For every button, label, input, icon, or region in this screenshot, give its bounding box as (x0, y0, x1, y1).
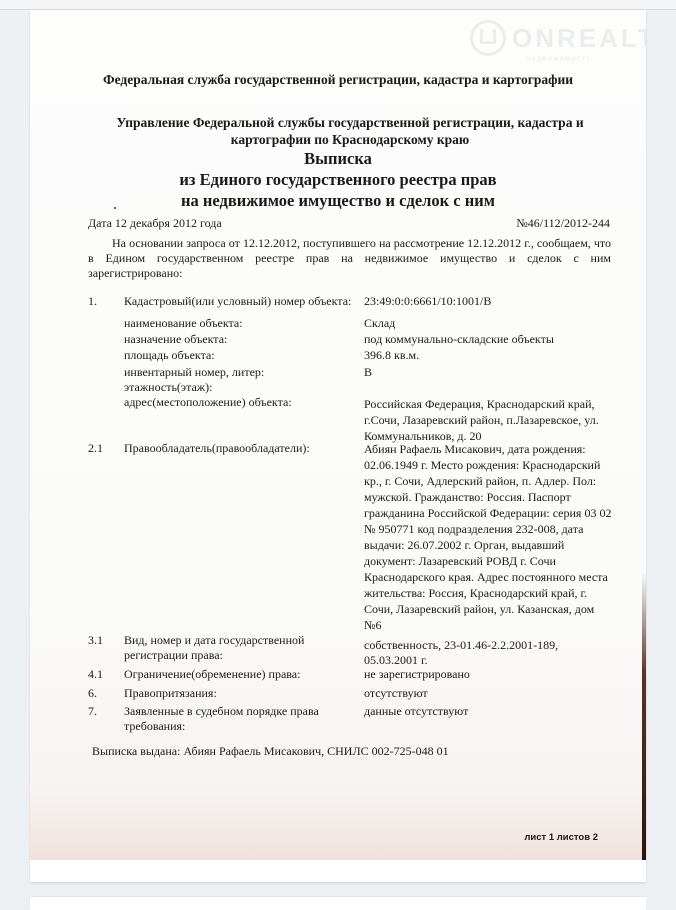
item-number: 3.1 (88, 633, 103, 648)
title-line-2: из Единого государственного реестра прав (30, 169, 646, 190)
item-label: площадь объекта: (124, 348, 364, 363)
item-label: инвентарный номер, литер: (124, 365, 364, 380)
department-heading: Управление Федеральной службы государств… (90, 114, 610, 148)
next-post-card (30, 897, 646, 910)
issued-to: Выписка выдана: Абиян Рафаель Мисакович,… (92, 744, 449, 759)
item-value: 23:49:0:0:6661/10:1001/В (364, 294, 604, 309)
item-value: 396.8 кв.м. (364, 348, 604, 363)
registration-number: №46/112/2012-244 (516, 216, 610, 231)
item-label: назначение объекта: (124, 332, 364, 347)
title-line-1: Выписка (30, 148, 646, 169)
ink-dot (114, 207, 116, 209)
item-label: наименование объекта: (124, 316, 364, 331)
item-number: 6. (88, 686, 97, 701)
item-label: Правопритязания: (124, 686, 364, 701)
extract-document: Федеральная служба государственной регис… (30, 12, 646, 860)
document-date: Дата 12 декабря 2012 года (88, 216, 222, 231)
item-label: Ограничение(обременение) права: (124, 667, 364, 682)
item-number: 4.1 (88, 667, 103, 682)
top-bar (0, 0, 676, 10)
item-value: Абиян Рафаель Мисакович, дата рождения: … (364, 441, 612, 633)
item-value: отсутствуют (364, 686, 604, 701)
item-label: этажность(этаж): (124, 380, 364, 395)
sheet-counter: лист 1 листов 2 (524, 832, 598, 843)
item-label: Заявленные в судебном порядке права треб… (124, 704, 339, 734)
item-label: Вид, номер и дата государственной регист… (124, 633, 324, 663)
document-title: Выписка из Единого государственного реес… (30, 148, 646, 211)
item-value: Российская Федерация, Краснодарский край… (364, 396, 604, 444)
agency-heading: Федеральная служба государственной регис… (30, 72, 646, 88)
item-value: под коммунально-складские объекты (364, 332, 604, 347)
item-label: Правообладатель(правообладатели): (124, 441, 364, 456)
item-label: адрес(местоположение) объекта: (124, 395, 364, 410)
item-value: Склад (364, 316, 604, 331)
intro-paragraph: На основании запроса от 12.12.2012, пост… (88, 236, 611, 281)
title-line-3: на недвижимое имущество и сделок с ним (30, 190, 646, 211)
item-number: 7. (88, 704, 97, 719)
item-value: не зарегистрировано (364, 667, 604, 682)
item-value: собственность, 23-01.46-2.2.2001-189, 05… (364, 638, 574, 668)
item-number: 1. (88, 294, 97, 309)
item-value: данные отсутствуют (364, 704, 604, 719)
item-label: Кадастровый(или условный) номер объекта: (124, 294, 374, 309)
document-photo[interactable]: ONREALT недвижимость Федеральная служба … (30, 12, 646, 860)
item-value: В (364, 365, 604, 380)
item-number: 2.1 (88, 441, 103, 456)
